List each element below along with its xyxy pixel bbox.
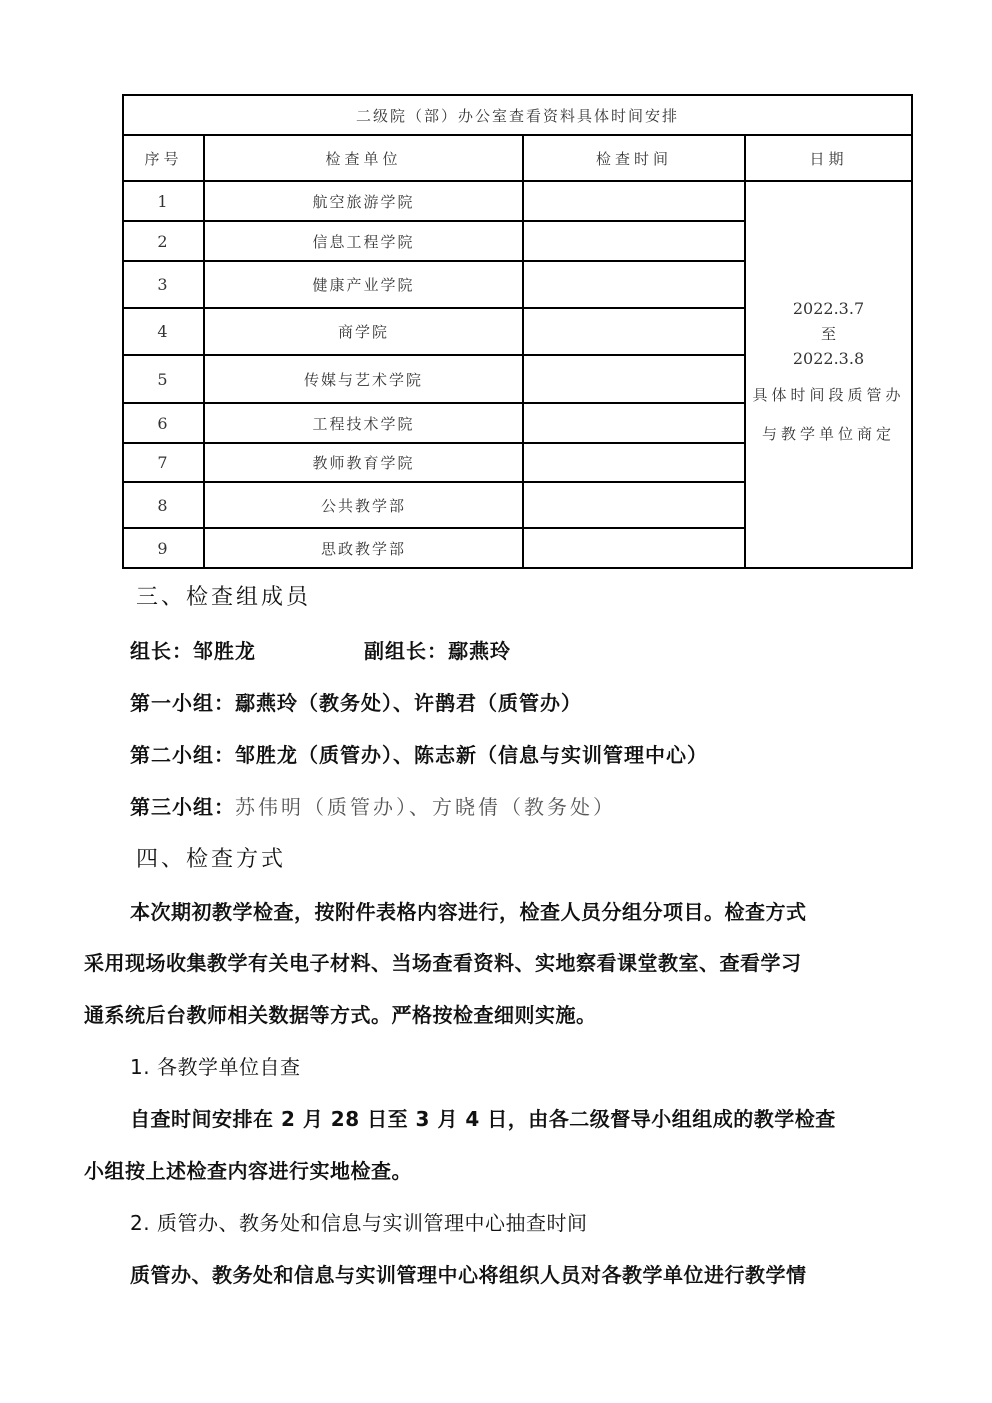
row-no: 4 <box>123 308 204 355</box>
row-time <box>523 443 745 482</box>
item1-line-1: 自查时间安排在 2 月 28 日至 3 月 4 日，由各二级督导小组组成的教学检… <box>130 1103 836 1132</box>
row-unit: 信息工程学院 <box>204 221 523 261</box>
row-no: 6 <box>123 403 204 443</box>
deputy-name: 鄢燕玲 <box>448 639 511 663</box>
row-no: 9 <box>123 528 204 568</box>
row-time <box>523 482 745 528</box>
section4-heading: 四、检查方式 <box>136 842 286 873</box>
item1-line-2: 小组按上述检查内容进行实地检查。 <box>84 1155 412 1184</box>
leader-line: 组长：邹胜龙 <box>130 635 256 664</box>
group-3-line: 第三小组：苏伟明（质管办）、方晓倩（教务处） <box>130 791 616 820</box>
header-no: 序号 <box>123 135 204 181</box>
row-time <box>523 308 745 355</box>
item2-line-1: 质管办、教务处和信息与实训管理中心将组织人员对各教学单位进行教学情 <box>130 1259 807 1288</box>
row-unit: 传媒与艺术学院 <box>204 355 523 403</box>
row-unit: 健康产业学院 <box>204 261 523 308</box>
group-label: 第三小组： <box>130 795 235 819</box>
date-end: 2022.3.8 <box>746 346 911 372</box>
row-time <box>523 403 745 443</box>
leader-label: 组长： <box>130 639 193 663</box>
section3-heading: 三、检查组成员 <box>136 580 311 611</box>
date-cell: 2022.3.7 至 2022.3.8 具体时间段质管办与教学单位商定 <box>745 181 912 568</box>
row-no: 1 <box>123 181 204 221</box>
intro-line-2: 采用现场收集教学有关电子材料、当场查看资料、实地察看课堂教室、查看学习 <box>84 947 802 976</box>
intro-line-1: 本次期初教学检查，按附件表格内容进行，检查人员分组分项目。检查方式 <box>130 896 807 925</box>
date-to: 至 <box>746 322 911 346</box>
table-row: 1 航空旅游学院 2022.3.7 至 2022.3.8 具体时间段质管办与教学… <box>123 181 912 221</box>
row-no: 2 <box>123 221 204 261</box>
group-label: 第二小组： <box>130 743 235 767</box>
header-time: 检查时间 <box>523 135 745 181</box>
row-unit: 思政教学部 <box>204 528 523 568</box>
group-label: 第一小组： <box>130 691 235 715</box>
table-title: 二级院（部）办公室查看资料具体时间安排 <box>123 95 912 135</box>
row-no: 5 <box>123 355 204 403</box>
row-time <box>523 355 745 403</box>
intro-line-3: 通系统后台教师相关数据等方式。严格按检查细则实施。 <box>84 999 597 1028</box>
schedule-table: 二级院（部）办公室查看资料具体时间安排 序号 检查单位 检查时间 日期 1 航空… <box>122 94 913 569</box>
header-date: 日期 <box>745 135 912 181</box>
row-time <box>523 221 745 261</box>
header-unit: 检查单位 <box>204 135 523 181</box>
leader-name: 邹胜龙 <box>193 639 256 663</box>
row-time <box>523 528 745 568</box>
group-2-line: 第二小组：邹胜龙（质管办）、陈志新（信息与实训管理中心） <box>130 739 708 768</box>
row-unit: 商学院 <box>204 308 523 355</box>
item1-title: 1. 各教学单位自查 <box>130 1051 300 1080</box>
deputy-line: 副组长：鄢燕玲 <box>364 635 511 664</box>
row-unit: 教师教育学院 <box>204 443 523 482</box>
row-time <box>523 261 745 308</box>
group-members: 鄢燕玲（教务处）、许鹊君（质管办） <box>235 691 582 715</box>
date-start: 2022.3.7 <box>746 296 911 322</box>
group-members: 苏伟明（质管办）、方晓倩（教务处） <box>235 795 616 819</box>
group-1-line: 第一小组：鄢燕玲（教务处）、许鹊君（质管办） <box>130 687 582 716</box>
row-unit: 工程技术学院 <box>204 403 523 443</box>
deputy-label: 副组长： <box>364 639 448 663</box>
group-members: 邹胜龙（质管办）、陈志新（信息与实训管理中心） <box>235 743 708 767</box>
row-no: 7 <box>123 443 204 482</box>
date-note: 具体时间段质管办与教学单位商定 <box>746 376 911 454</box>
row-unit: 公共教学部 <box>204 482 523 528</box>
document-page: 二级院（部）办公室查看资料具体时间安排 序号 检查单位 检查时间 日期 1 航空… <box>0 0 992 1403</box>
row-unit: 航空旅游学院 <box>204 181 523 221</box>
row-no: 8 <box>123 482 204 528</box>
row-time <box>523 181 745 221</box>
table-header-row: 序号 检查单位 检查时间 日期 <box>123 135 912 181</box>
row-no: 3 <box>123 261 204 308</box>
item2-title: 2. 质管办、教务处和信息与实训管理中心抽查时间 <box>130 1207 587 1236</box>
